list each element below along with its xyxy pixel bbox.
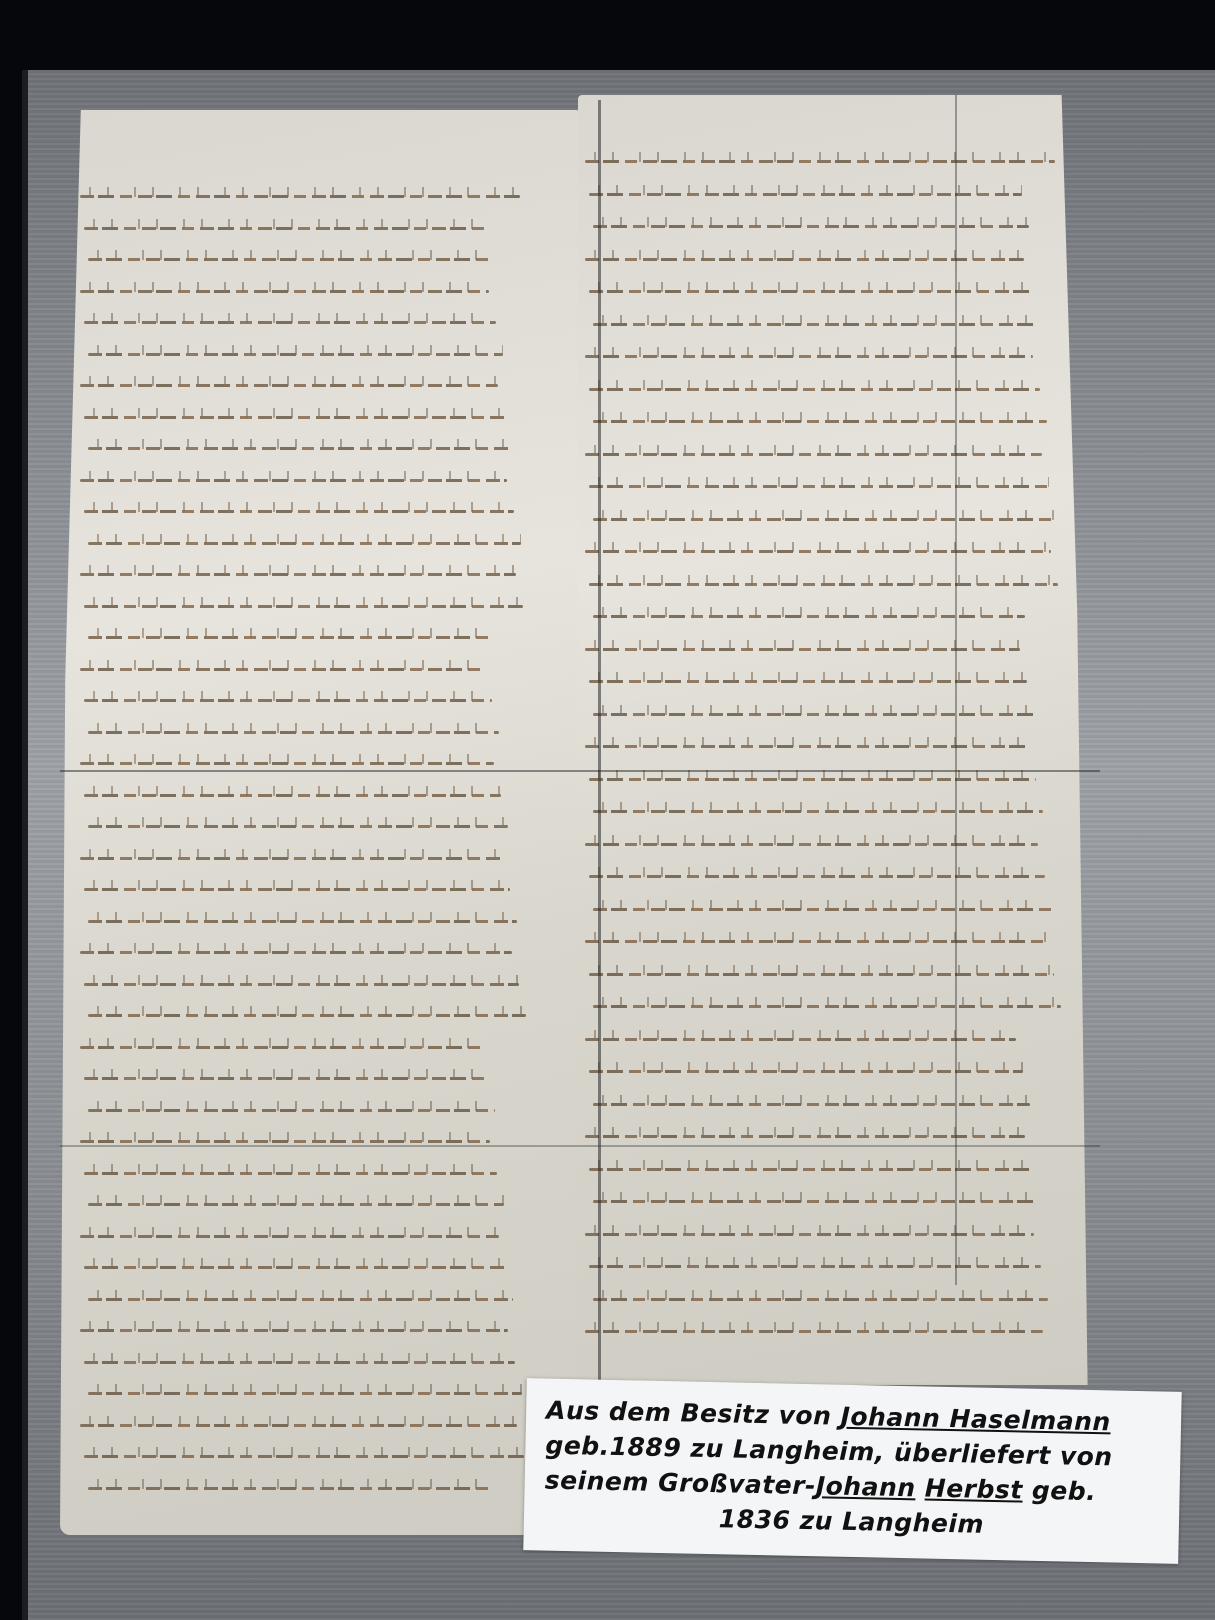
- handwriting-line: [84, 888, 510, 891]
- handwriting-line: [593, 323, 1038, 326]
- handwriting-line: [593, 1298, 1048, 1301]
- handwriting-line: [585, 550, 1051, 553]
- handwriting-line: [593, 615, 1025, 618]
- handwriting-line: [88, 1392, 522, 1395]
- handwriting-line: [80, 951, 512, 954]
- handwriting-line: [589, 973, 1054, 976]
- handwriting-line: [88, 1298, 513, 1301]
- caption-text: geb.: [1022, 1476, 1096, 1507]
- handwriting-line: [589, 680, 1027, 683]
- handwriting-line: [593, 713, 1034, 716]
- handwriting-line: [589, 290, 1031, 293]
- handwriting-line: [80, 1046, 481, 1049]
- handwriting-line: [585, 258, 1024, 261]
- handwriting-line: [589, 485, 1049, 488]
- handwriting-line: [80, 1140, 490, 1143]
- handwriting-line: [593, 810, 1043, 813]
- handwriting-line: [585, 1135, 1025, 1138]
- handwriting-line: [84, 1361, 515, 1364]
- handwriting-line: [88, 636, 490, 639]
- caption-text: Aus dem Besitz von: [546, 1396, 841, 1431]
- handwriting-line: [585, 940, 1047, 943]
- handwriting-line: [84, 321, 496, 324]
- handwriting-line: [88, 825, 508, 828]
- handwriting-line: [80, 1235, 499, 1238]
- handwriting-line: [593, 420, 1047, 423]
- handwriting-line: [589, 778, 1036, 781]
- handwriting-line: [88, 920, 517, 923]
- handwriting-line: [585, 1330, 1043, 1333]
- handwriting-line: [84, 983, 519, 986]
- handwriting-line: [88, 1487, 491, 1490]
- handwriting-line: [84, 1172, 497, 1175]
- handwriting-line: [585, 745, 1029, 748]
- handwriting-line: [84, 699, 492, 702]
- handwriting-line: [88, 1014, 526, 1017]
- handwriting-line: [84, 605, 523, 608]
- grandfather-first-name: Johann: [816, 1471, 916, 1502]
- owner-name: Johann Haselmann: [840, 1402, 1111, 1437]
- handwriting-line: [589, 193, 1022, 196]
- handwriting-line: [84, 1266, 506, 1269]
- handwriting-line: [88, 1203, 504, 1206]
- fold-line-horizontal: [60, 770, 1100, 772]
- handwriting-line: [80, 384, 498, 387]
- handwriting-line: [585, 1038, 1016, 1041]
- handwriting-line: [593, 225, 1029, 228]
- handwriting-line: [80, 479, 507, 482]
- handwriting-line: [80, 762, 494, 765]
- handwriting-line: [88, 258, 494, 261]
- fold-line-vertical: [598, 100, 601, 1380]
- handwriting-line: [84, 1077, 488, 1080]
- handwriting-line: [80, 1329, 508, 1332]
- fold-line-vertical-right: [955, 95, 957, 1285]
- caption-text: seinem Großvater-: [544, 1466, 816, 1501]
- handwriting-line: [80, 1424, 517, 1427]
- handwriting-line: [88, 1109, 495, 1112]
- frame-edge: [22, 70, 28, 1620]
- handwriting-line: [593, 1200, 1039, 1203]
- handwriting-line: [84, 227, 487, 230]
- handwriting-line: [80, 195, 520, 198]
- handwriting-line: [593, 518, 1056, 521]
- handwriting-line: [84, 510, 514, 513]
- caption-card: Aus dem Besitz von Johann Haselmann geb.…: [523, 1378, 1181, 1564]
- handwriting-line: [593, 908, 1052, 911]
- grandfather-last-name: Herbst: [925, 1474, 1024, 1505]
- handwriting-line: [585, 843, 1038, 846]
- handwriting-line: [585, 453, 1042, 456]
- handwriting-line: [589, 1070, 1023, 1073]
- handwriting-line: [589, 1265, 1041, 1268]
- handwriting-line: [80, 668, 485, 671]
- handwriting-line: [589, 583, 1058, 586]
- handwriting-line: [80, 573, 516, 576]
- handwriting-line: [589, 388, 1040, 391]
- handwriting-line: [593, 1103, 1030, 1106]
- handwriting-line: [88, 447, 512, 450]
- fold-line-horizontal-lower: [60, 1145, 1100, 1147]
- handwriting-line: [88, 542, 521, 545]
- handwriting-line: [84, 416, 505, 419]
- handwriting-line: [88, 731, 499, 734]
- handwriting-line: [84, 1455, 524, 1458]
- handwriting-line: [589, 875, 1045, 878]
- handwriting-line: [585, 355, 1033, 358]
- handwriting-line: [593, 1005, 1061, 1008]
- handwriting-line: [585, 160, 1055, 163]
- handwriting-line: [585, 1233, 1034, 1236]
- handwriting-line: [80, 857, 503, 860]
- handwriting-line: [589, 1168, 1032, 1171]
- handwriting-line: [80, 290, 489, 293]
- handwriting-line: [84, 794, 501, 797]
- handwriting-line: [88, 353, 503, 356]
